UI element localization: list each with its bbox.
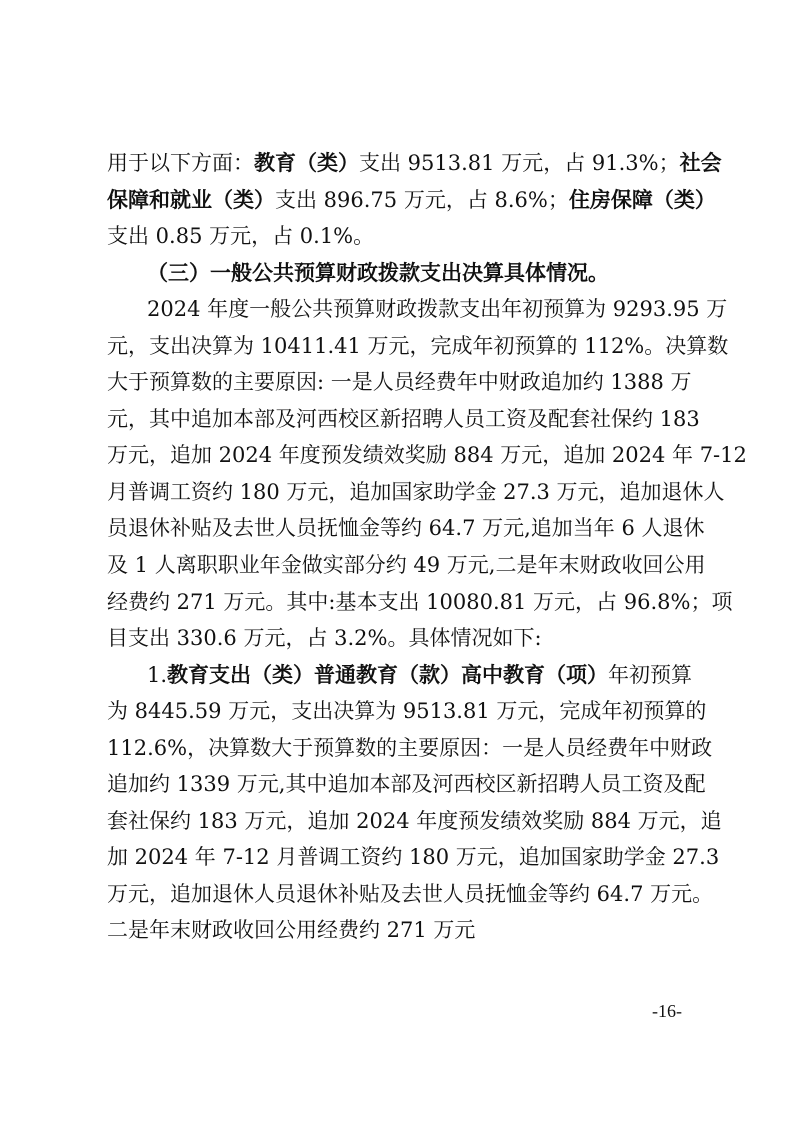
- text-segment: 支出 9513.81 万元，占 91.3%；: [359, 151, 680, 175]
- text-line: 支出 0.85 万元，占 0.1%。: [107, 218, 691, 255]
- text-line: 万元，追加 2024 年度预发绩效奖励 884 万元，追加 2024 年 7-1…: [107, 437, 691, 474]
- text-line: 加 2024 年 7-12 月普调工资约 180 万元，追加国家助学金 27.3: [107, 839, 691, 876]
- text-line: 员退休补贴及去世人员抚恤金等约 64.7 万元,追加当年 6 人退休: [107, 510, 691, 547]
- item-education-paragraph: 1.教育支出（类）普通教育（款）高中教育（项）年初预算 为 8445.59 万元…: [107, 657, 691, 949]
- text-line: 1.教育支出（类）普通教育（款）高中教育（项）年初预算: [107, 657, 691, 694]
- text-line: 及 1 人离职职业年金做实部分约 49 万元,二是年末财政收回公用: [107, 547, 691, 584]
- document-page: 用于以下方面：教育（类）支出 9513.81 万元，占 91.3%；社会 保障和…: [107, 145, 691, 949]
- text-segment: 支出 896.75 万元，占 8.6%；: [275, 188, 569, 212]
- overall-situation-paragraph: 2024 年度一般公共预算财政拨款支出年初预算为 9293.95 万 元，支出决…: [107, 291, 691, 656]
- text-line: 经费约 271 万元。其中:基本支出 10080.81 万元，占 96.8%；项: [107, 584, 691, 621]
- text-line: 目支出 330.6 万元，占 3.2%。具体情况如下:: [107, 620, 691, 657]
- text-line: 元，支出决算为 10411.41 万元，完成年初预算的 112%。决算数: [107, 328, 691, 365]
- item-number: 1.: [147, 663, 167, 687]
- page-number: -16-: [652, 1001, 682, 1022]
- text-line: 保障和就业（类）支出 896.75 万元，占 8.6%；住房保障（类）: [107, 182, 691, 219]
- category-social-security-label: 保障和就业（类）: [107, 187, 275, 212]
- section-heading: （三）一般公共预算财政拨款支出决算具体情况。: [107, 255, 691, 292]
- category-education-label: 教育（类）: [254, 150, 359, 175]
- text-line: 2024 年度一般公共预算财政拨款支出年初预算为 9293.95 万: [107, 291, 691, 328]
- expenditure-breakdown-paragraph: 用于以下方面：教育（类）支出 9513.81 万元，占 91.3%；社会 保障和…: [107, 145, 691, 255]
- text-line: 月普调工资约 180 万元，追加国家助学金 27.3 万元，追加退休人: [107, 474, 691, 511]
- text-line: 套社保约 183 万元，追加 2024 年度预发绩效奖励 884 万元，追: [107, 803, 691, 840]
- category-housing-label: 住房保障（类）: [569, 187, 716, 212]
- text-segment: 用于以下方面：: [107, 151, 254, 175]
- text-line: 二是年末财政收回公用经费约 271 万元: [107, 912, 691, 949]
- text-line: 追加约 1339 万元,其中追加本部及河西校区新招聘人员工资及配: [107, 766, 691, 803]
- text-segment: 支出 0.85 万元，占 0.1%。: [107, 224, 374, 248]
- text-line: 为 8445.59 万元，支出决算为 9513.81 万元，完成年初预算的: [107, 693, 691, 730]
- text-line: 用于以下方面：教育（类）支出 9513.81 万元，占 91.3%；社会: [107, 145, 691, 182]
- category-social-label-start: 社会: [680, 150, 722, 175]
- text-line: 112.6%，决算数大于预算数的主要原因：一是人员经费年中财政: [107, 730, 691, 767]
- item-title: 教育支出（类）普通教育（款）高中教育（项）: [167, 662, 608, 687]
- text-line: 大于预算数的主要原因: 一是人员经费年中财政追加约 1388 万: [107, 364, 691, 401]
- text-segment: 年初预算: [608, 663, 692, 687]
- text-line: 万元，追加退休人员退休补贴及去世人员抚恤金等约 64.7 万元。: [107, 876, 691, 913]
- text-line: 元，其中追加本部及河西校区新招聘人员工资及配套社保约 183: [107, 401, 691, 438]
